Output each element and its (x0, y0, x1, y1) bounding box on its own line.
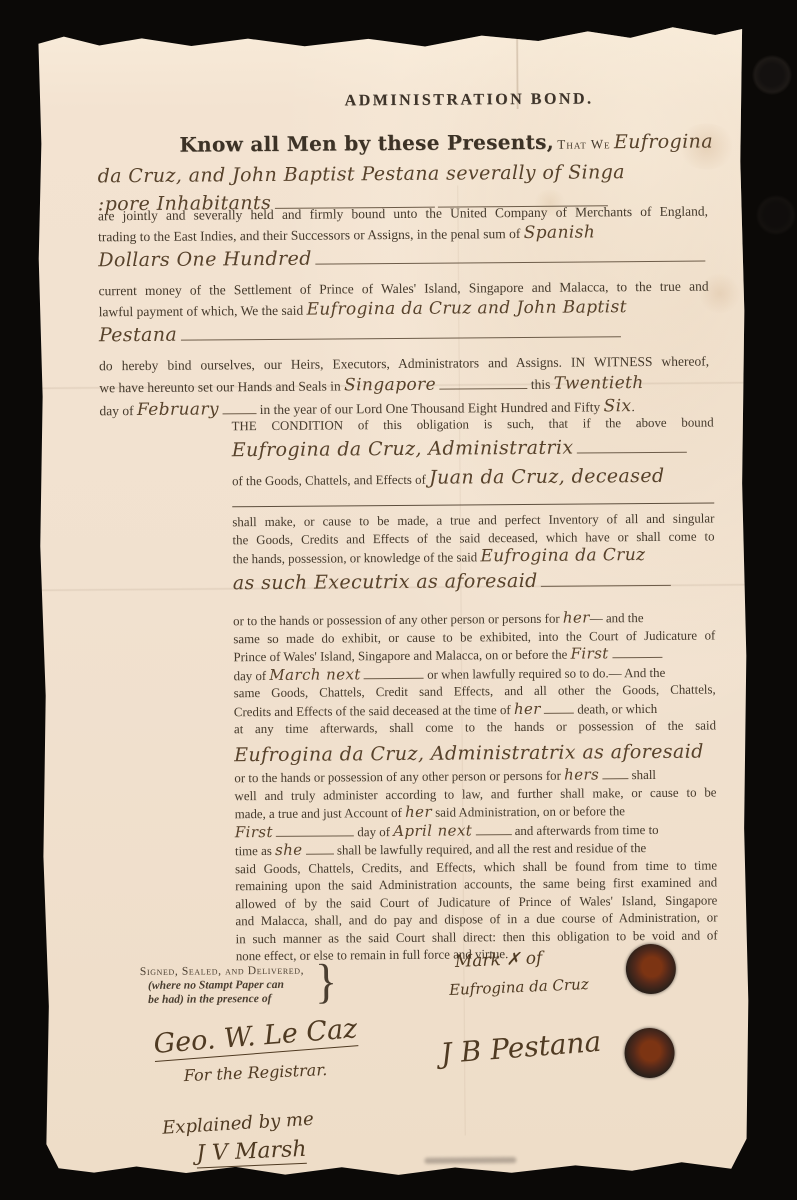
blank-rule (577, 440, 687, 453)
printed-line: day of (99, 403, 133, 418)
gothic-lead-text: Know all Men by these Presents, (179, 130, 554, 157)
mark-name: Eufrogina da Cruz (449, 975, 589, 999)
blank-rule (475, 823, 511, 835)
printed-line: time as (235, 844, 272, 858)
handwritten-obligor-names: Eufrogina da Cruz and John Baptist (306, 297, 626, 320)
handwritten-capacity: as such Executrix as aforesaid (233, 570, 538, 594)
attestation-line: (where no Stampt Paper can (140, 978, 304, 993)
blank-rule (544, 701, 574, 713)
printed-line: shall (632, 768, 656, 782)
paragraph-exhibit: or to the hands or possession of any oth… (233, 608, 716, 772)
attestation-brace: } (315, 953, 338, 1009)
bond-document-page: ADMINISTRATION BOND. Know all Men by the… (35, 23, 752, 1179)
blank-rule (180, 325, 620, 341)
printed-line: and afterwards from time to (515, 822, 659, 837)
handwritten-name: Eufrogina da Cruz (480, 545, 645, 566)
handwritten-april: April next (393, 821, 472, 840)
printed-line: or to the hands or possession of any oth… (234, 769, 561, 786)
handwritten-her: her (514, 699, 541, 717)
printed-line: or when lawfully required so to do.— And… (427, 665, 665, 681)
explainer-signature: J V Marsh (196, 1137, 307, 1169)
faint-pencil-note (424, 1157, 516, 1164)
explained-by-me-note: Explained by me (162, 1109, 315, 1139)
punch-hole (752, 55, 792, 95)
blank-rule (276, 824, 354, 837)
handwritten-her: her (405, 803, 432, 821)
punch-hole (756, 195, 796, 235)
paragraph-account: or to the hands or possession of any oth… (234, 765, 718, 965)
wax-seal-pestana (624, 1028, 674, 1078)
printed-line: death, or which (577, 701, 657, 716)
paragraph-witness: do hereby bind ourselves, our Heirs, Exe… (99, 352, 709, 423)
printed-line: the hands, possession, or knowledge of t… (233, 550, 478, 566)
handwritten-place: Singapore (344, 375, 436, 396)
paragraph-penal-sum: are jointly and severally held and firml… (98, 202, 709, 276)
wax-seal-cruz (626, 944, 676, 994)
printed-line: of the Goods, Chattels, and Effects of (232, 472, 426, 488)
handwritten-year: Six (604, 396, 632, 416)
handwritten-month: February (137, 399, 219, 420)
printed-line: in the year of our Lord One Thousand Eig… (260, 399, 601, 417)
paragraph-inventory: shall make, or cause to be made, a true … (232, 510, 715, 600)
handwritten-she: she (275, 841, 303, 859)
printed-line: . (631, 399, 634, 414)
blank-rule (439, 376, 527, 389)
attestation-line: be had) in the presence of (140, 992, 304, 1007)
handwritten-first: First (571, 644, 609, 662)
section-divider-rule (232, 502, 714, 507)
printed-line: day of (234, 669, 267, 683)
handwritten-obligor-names: Eufrogina (614, 130, 713, 153)
handwritten-obligor-names: Pestana (99, 324, 177, 347)
blank-rule (364, 666, 424, 678)
printed-line: trading to the East Indies, and their Su… (98, 226, 520, 244)
paragraph-payment: current money of the Settlement of Princ… (98, 277, 709, 351)
printed-line: said Administration, on or before the (435, 804, 625, 819)
paragraph-condition: THE CONDITION of this obligation is such… (232, 414, 715, 506)
handwritten-administratrix: Eufrogina da Cruz, Administratrix (232, 436, 574, 461)
printed-line: — and the (590, 611, 644, 625)
handwritten-administratrix: Eufrogina da Cruz, Administratrix as afo… (234, 740, 704, 766)
blank-rule (541, 574, 671, 587)
printed-line: this (531, 377, 551, 392)
handwritten-obligor-names: da Cruz, and John Baptist Pestana severa… (98, 161, 626, 187)
handwritten-march: March next (269, 665, 360, 684)
handwritten-day: Twentieth (554, 373, 644, 394)
witness-signature: Geo. W. Le Caz (152, 1013, 358, 1062)
handwritten-deceased-name: Juan da Cruz, deceased (429, 464, 665, 488)
blank-rule (222, 402, 256, 415)
printed-line: Credits and Effects of the said deceased… (234, 703, 511, 719)
attestation-block: Signed, Sealed, and Delivered, (where no… (140, 964, 305, 1007)
printed-line: we have hereunto set our Hands and Seals… (99, 378, 341, 395)
that-we-text: That We (557, 136, 610, 151)
handwritten-first: First (235, 822, 273, 840)
printed-line: day of (357, 825, 390, 839)
printed-line: or to the hands or possession of any oth… (233, 612, 560, 629)
mark-of-line: Mark ✗ of (454, 948, 542, 972)
blank-rule (612, 646, 662, 658)
page-title: ADMINISTRATION BOND. (229, 90, 709, 112)
handwritten-hers: hers (564, 765, 599, 783)
attestation-line: Signed, Sealed, and Delivered, (140, 964, 304, 979)
blank-rule (315, 249, 705, 265)
registrar-line: For the Registrar. (183, 1060, 327, 1085)
printed-line: made, a true and just Account of (235, 806, 402, 821)
blank-rule (602, 767, 628, 779)
handwritten-her: her (563, 608, 590, 626)
printed-line: lawful payment of which, We the said (99, 303, 304, 320)
handwritten-currency: Spanish (524, 222, 596, 243)
printed-line: shall be lawfully required, and all the … (337, 841, 646, 857)
handwritten-amount: Dollars One Hundred (98, 248, 312, 272)
printed-line: Prince of Wales' Island, Singapore and M… (233, 648, 567, 665)
blank-rule (306, 843, 334, 855)
